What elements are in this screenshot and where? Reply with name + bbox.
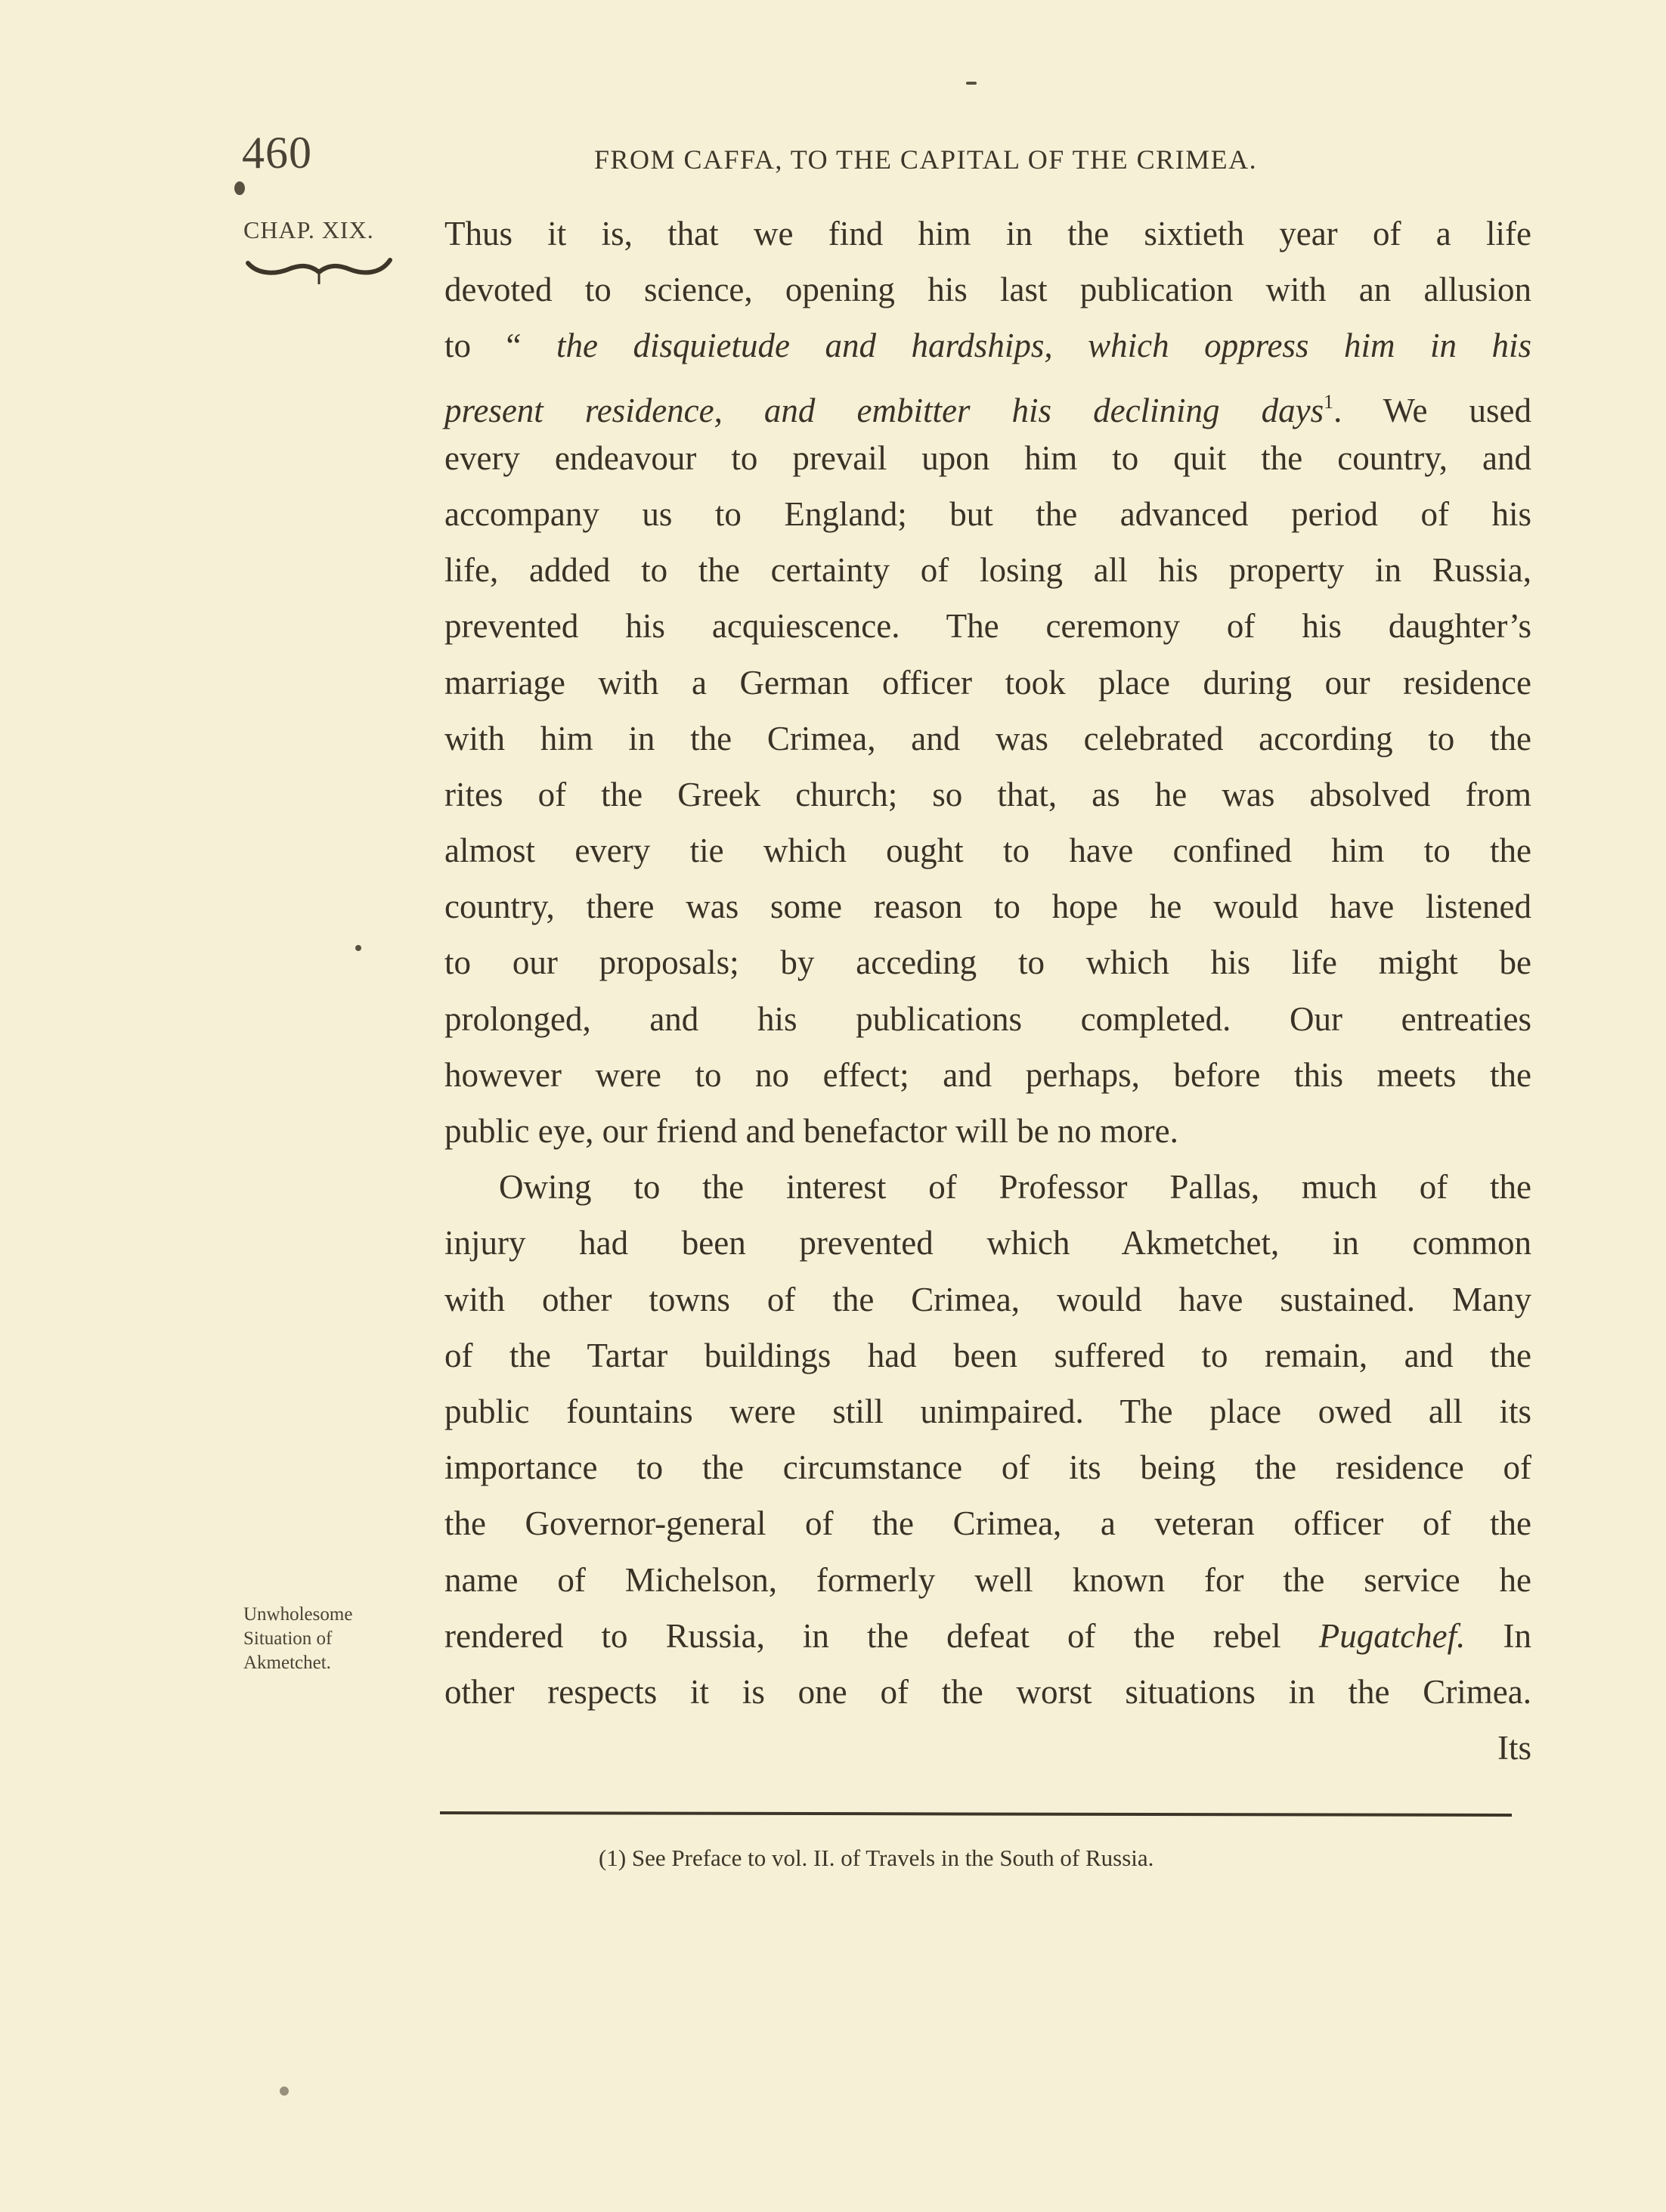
text-line: Owing to the interest of Professor Palla…: [444, 1159, 1531, 1215]
text-line: injury had been prevented which Akmetche…: [444, 1215, 1531, 1271]
text-line: public fountains were still unimpaired. …: [444, 1383, 1531, 1439]
text-line: present residence, and embitter his decl…: [444, 374, 1531, 430]
chapter-label: CHAP. XIX.: [243, 216, 395, 244]
footnote-rule: [440, 1811, 1512, 1817]
text-line: rendered to Russia, in the defeat of the…: [444, 1608, 1531, 1664]
side-note-line: Akmetchet.: [243, 1651, 395, 1675]
text-line: life, added to the certainty of losing a…: [444, 542, 1531, 598]
paper-speck: [355, 945, 361, 951]
text-line: to our proposals; by acceding to which h…: [444, 934, 1531, 990]
text-line: name of Michelson, formerly well known f…: [444, 1552, 1531, 1608]
paper-speck: [280, 2087, 289, 2096]
text-line: however were to no effect; and perhaps, …: [444, 1047, 1531, 1103]
text-line: marriage with a German officer took plac…: [444, 655, 1531, 711]
text-line: prevented his acquiescence. The ceremony…: [444, 598, 1531, 654]
text-line: to “ the disquietude and hardships, whic…: [444, 318, 1531, 373]
text-line: accompany us to England; but the advance…: [444, 486, 1531, 542]
flourish-ornament-icon: [243, 257, 395, 287]
text-line: country, there was some reason to hope h…: [444, 878, 1531, 934]
side-note-line: Unwholesome: [243, 1603, 395, 1627]
footnote: (1) See Preface to vol. II. of Travels i…: [599, 1845, 1154, 1872]
text-line: Thus it is, that we find him in the sixt…: [444, 206, 1531, 262]
text-line: with other towns of the Crimea, would ha…: [444, 1272, 1531, 1328]
paper-speck: [966, 82, 977, 85]
text-line: other respects it is one of the worst si…: [444, 1664, 1531, 1720]
page-number: 460: [242, 127, 312, 179]
text-line: public eye, our friend and benefactor wi…: [444, 1103, 1531, 1159]
text-line: devoted to science, opening his last pub…: [444, 262, 1531, 318]
text-line: Its: [444, 1720, 1531, 1776]
side-note: Unwholesome Situation of Akmetchet.: [243, 1603, 395, 1675]
body-text: Thus it is, that we find him in the sixt…: [444, 206, 1531, 1776]
text-line: rites of the Greek church; so that, as h…: [444, 767, 1531, 823]
side-note-line: Situation of: [243, 1627, 395, 1651]
text-line: importance to the circumstance of its be…: [444, 1439, 1531, 1495]
text-line: every endeavour to prevail upon him to q…: [444, 430, 1531, 486]
text-line: of the Tartar buildings had been suffere…: [444, 1328, 1531, 1383]
text-line: the Governor-general of the Crimea, a ve…: [444, 1495, 1531, 1551]
text-line: prolonged, and his publications complete…: [444, 991, 1531, 1047]
paper-speck: [234, 181, 245, 195]
running-title: FROM CAFFA, TO THE CAPITAL OF THE CRIMEA…: [594, 144, 1257, 175]
text-line: almost every tie which ought to have con…: [444, 823, 1531, 878]
text-line: with him in the Crimea, and was celebrat…: [444, 711, 1531, 767]
